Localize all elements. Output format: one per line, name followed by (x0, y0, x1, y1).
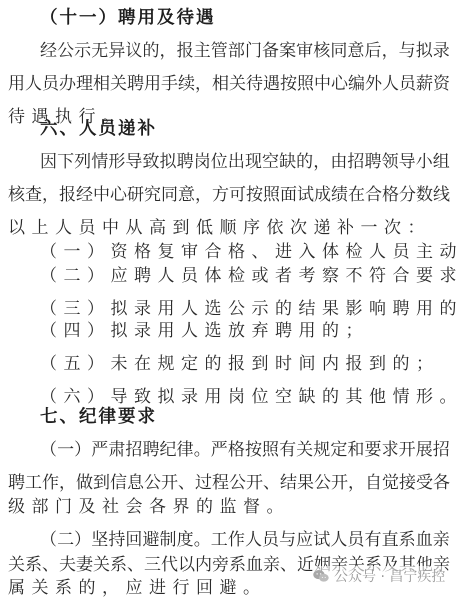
wechat-icon (312, 569, 330, 583)
paragraph-line: 级部门及社会各界的监督。 (8, 495, 450, 519)
list-item: （三）拟录用人选公示的结果影响聘用的； (40, 297, 450, 321)
paragraph-line: 核查，报经中心研究同意，方可按照面试成绩在合格分数线 (8, 183, 450, 207)
section-heading-replacement: 六、人员递补 (40, 117, 456, 141)
watermark-text: 公众号 · 昌宁疾控 (334, 566, 445, 586)
paragraph-line: 聘工作，做到信息公开、过程公开、结果公开，自觉接受各 (8, 471, 450, 495)
document-page: （十一）聘用及待遇 经公示无异议的，报主管部门备案审核同意后，与拟录 用人员办理… (0, 0, 456, 597)
list-item: （四）拟录用人选放弃聘用的； (40, 319, 450, 343)
list-item: （二）应聘人员体检或者考察不符合要求的； (40, 264, 450, 288)
subsection-heading-hiring-treatment: （十一）聘用及待遇 (40, 6, 456, 30)
list-item: （五）未在规定的报到时间内报到的； (40, 352, 450, 376)
section-heading-discipline: 七、纪律要求 (40, 405, 456, 429)
paragraph-line: 用人员办理相关聘用手续，相关待遇按照中心编外人员薪资 (8, 72, 450, 96)
paragraph-line: 以上人员中从高到低顺序依次递补一次： (8, 216, 450, 240)
paragraph-line: 经公示无异议的，报主管部门备案审核同意后，与拟录 (40, 39, 450, 63)
paragraph-line: 因下列情形导致拟聘岗位出现空缺的，由招聘领导小组 (40, 150, 450, 174)
paragraph-line: （一）严肃招聘纪律。严格按照有关规定和要求开展招 (40, 438, 450, 462)
list-item: （一）资格复审合格、进入体检人员主动放弃的； (40, 240, 450, 264)
paragraph-line: （二）坚持回避制度。工作人员与应试人员有直系血亲 (40, 528, 450, 552)
watermark: 公众号 · 昌宁疾控 (312, 566, 445, 586)
